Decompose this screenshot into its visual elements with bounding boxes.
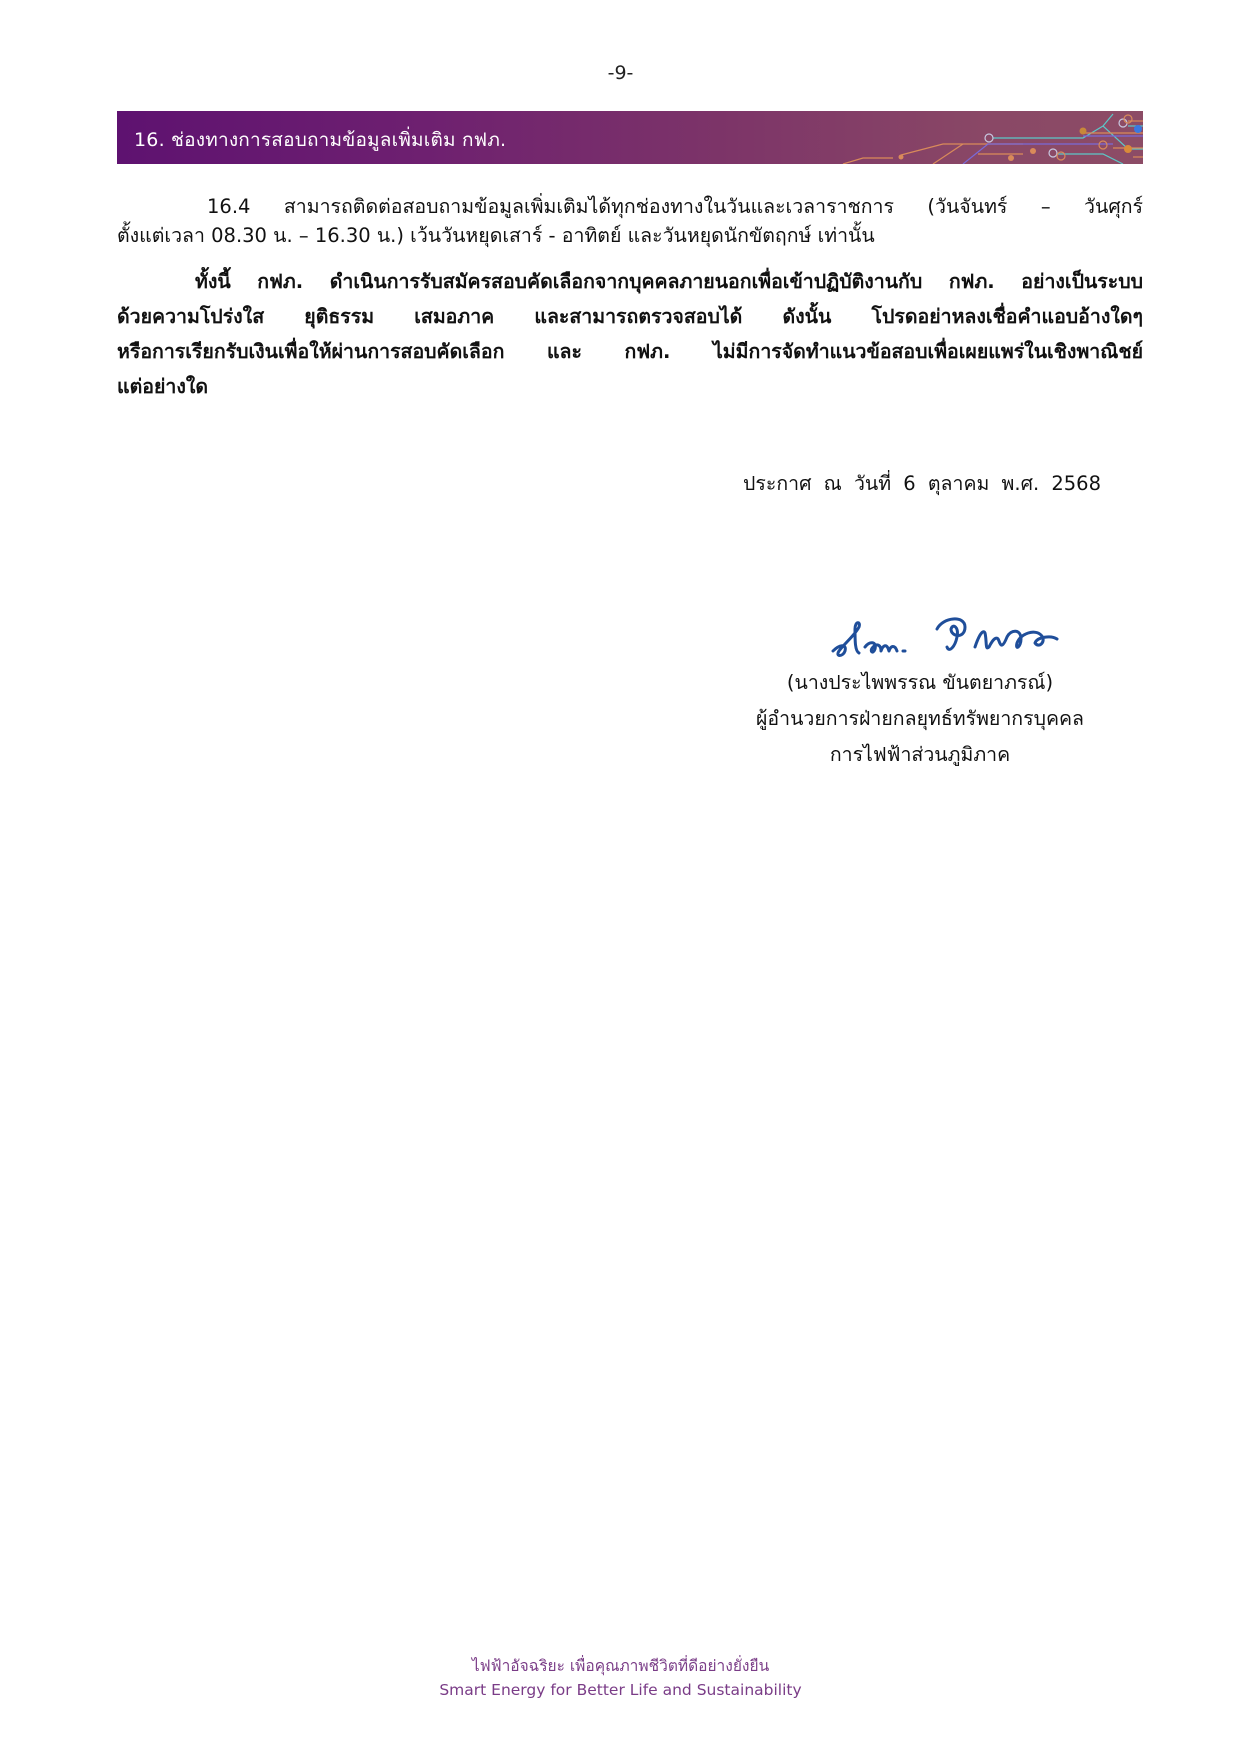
footer-slogan: ไฟฟ้าอัจฉริยะ เพื่อคุณภาพชีวิตที่ดีอย่าง… — [0, 1654, 1241, 1702]
footer-slogan-thai: ไฟฟ้าอัจฉริยะ เพื่อคุณภาพชีวิตที่ดีอย่าง… — [0, 1654, 1241, 1678]
signatory-organization: การไฟฟ้าส่วนภูมิภาค — [720, 737, 1120, 773]
footer-slogan-english: Smart Energy for Better Life and Sustain… — [0, 1678, 1241, 1702]
paragraph-16-4-line-1: 16.4 สามารถติดต่อสอบถามข้อมูลเพิ่มเติมได… — [117, 192, 1143, 221]
circuit-pattern-icon — [783, 111, 1143, 164]
notice-paragraph: ทั้งนี้ กฟภ. ดำเนินการรับสมัครสอบคัดเลือ… — [117, 264, 1143, 404]
notice-line-4: แต่อย่างใด — [117, 369, 1143, 404]
signatory-position: ผู้อำนวยการฝ่ายกลยุทธ์ทรัพยากรบุคคล — [720, 701, 1120, 737]
notice-line-2: ด้วยความโปร่งใส ยุติธรรม เสมอภาค และสามา… — [117, 299, 1143, 334]
announcement-date: ประกาศ ณ วันที่ 6 ตุลาคม พ.ศ. 2568 — [743, 468, 1101, 499]
signature-icon — [825, 607, 1095, 665]
notice-line-3: หรือการเรียกรับเงินเพื่อให้ผ่านการสอบคัด… — [117, 334, 1143, 369]
signatory-block: (นางประไพพรรณ ขันตยาภรณ์) ผู้อำนวยการฝ่า… — [720, 665, 1120, 773]
page-number: -9- — [0, 62, 1241, 84]
section-title: 16. ช่องทางการสอบถามข้อมูลเพิ่มเติม กฟภ. — [134, 125, 506, 155]
signatory-name: (นางประไพพรรณ ขันตยาภรณ์) — [720, 665, 1120, 701]
notice-line-1: ทั้งนี้ กฟภ. ดำเนินการรับสมัครสอบคัดเลือ… — [117, 264, 1143, 299]
section-header-banner: 16. ช่องทางการสอบถามข้อมูลเพิ่มเติม กฟภ. — [117, 111, 1143, 164]
paragraph-16-4-line-2: ตั้งแต่เวลา 08.30 น. – 16.30 น.) เว้นวัน… — [117, 221, 1143, 250]
paragraph-16-4: 16.4 สามารถติดต่อสอบถามข้อมูลเพิ่มเติมได… — [117, 192, 1143, 250]
